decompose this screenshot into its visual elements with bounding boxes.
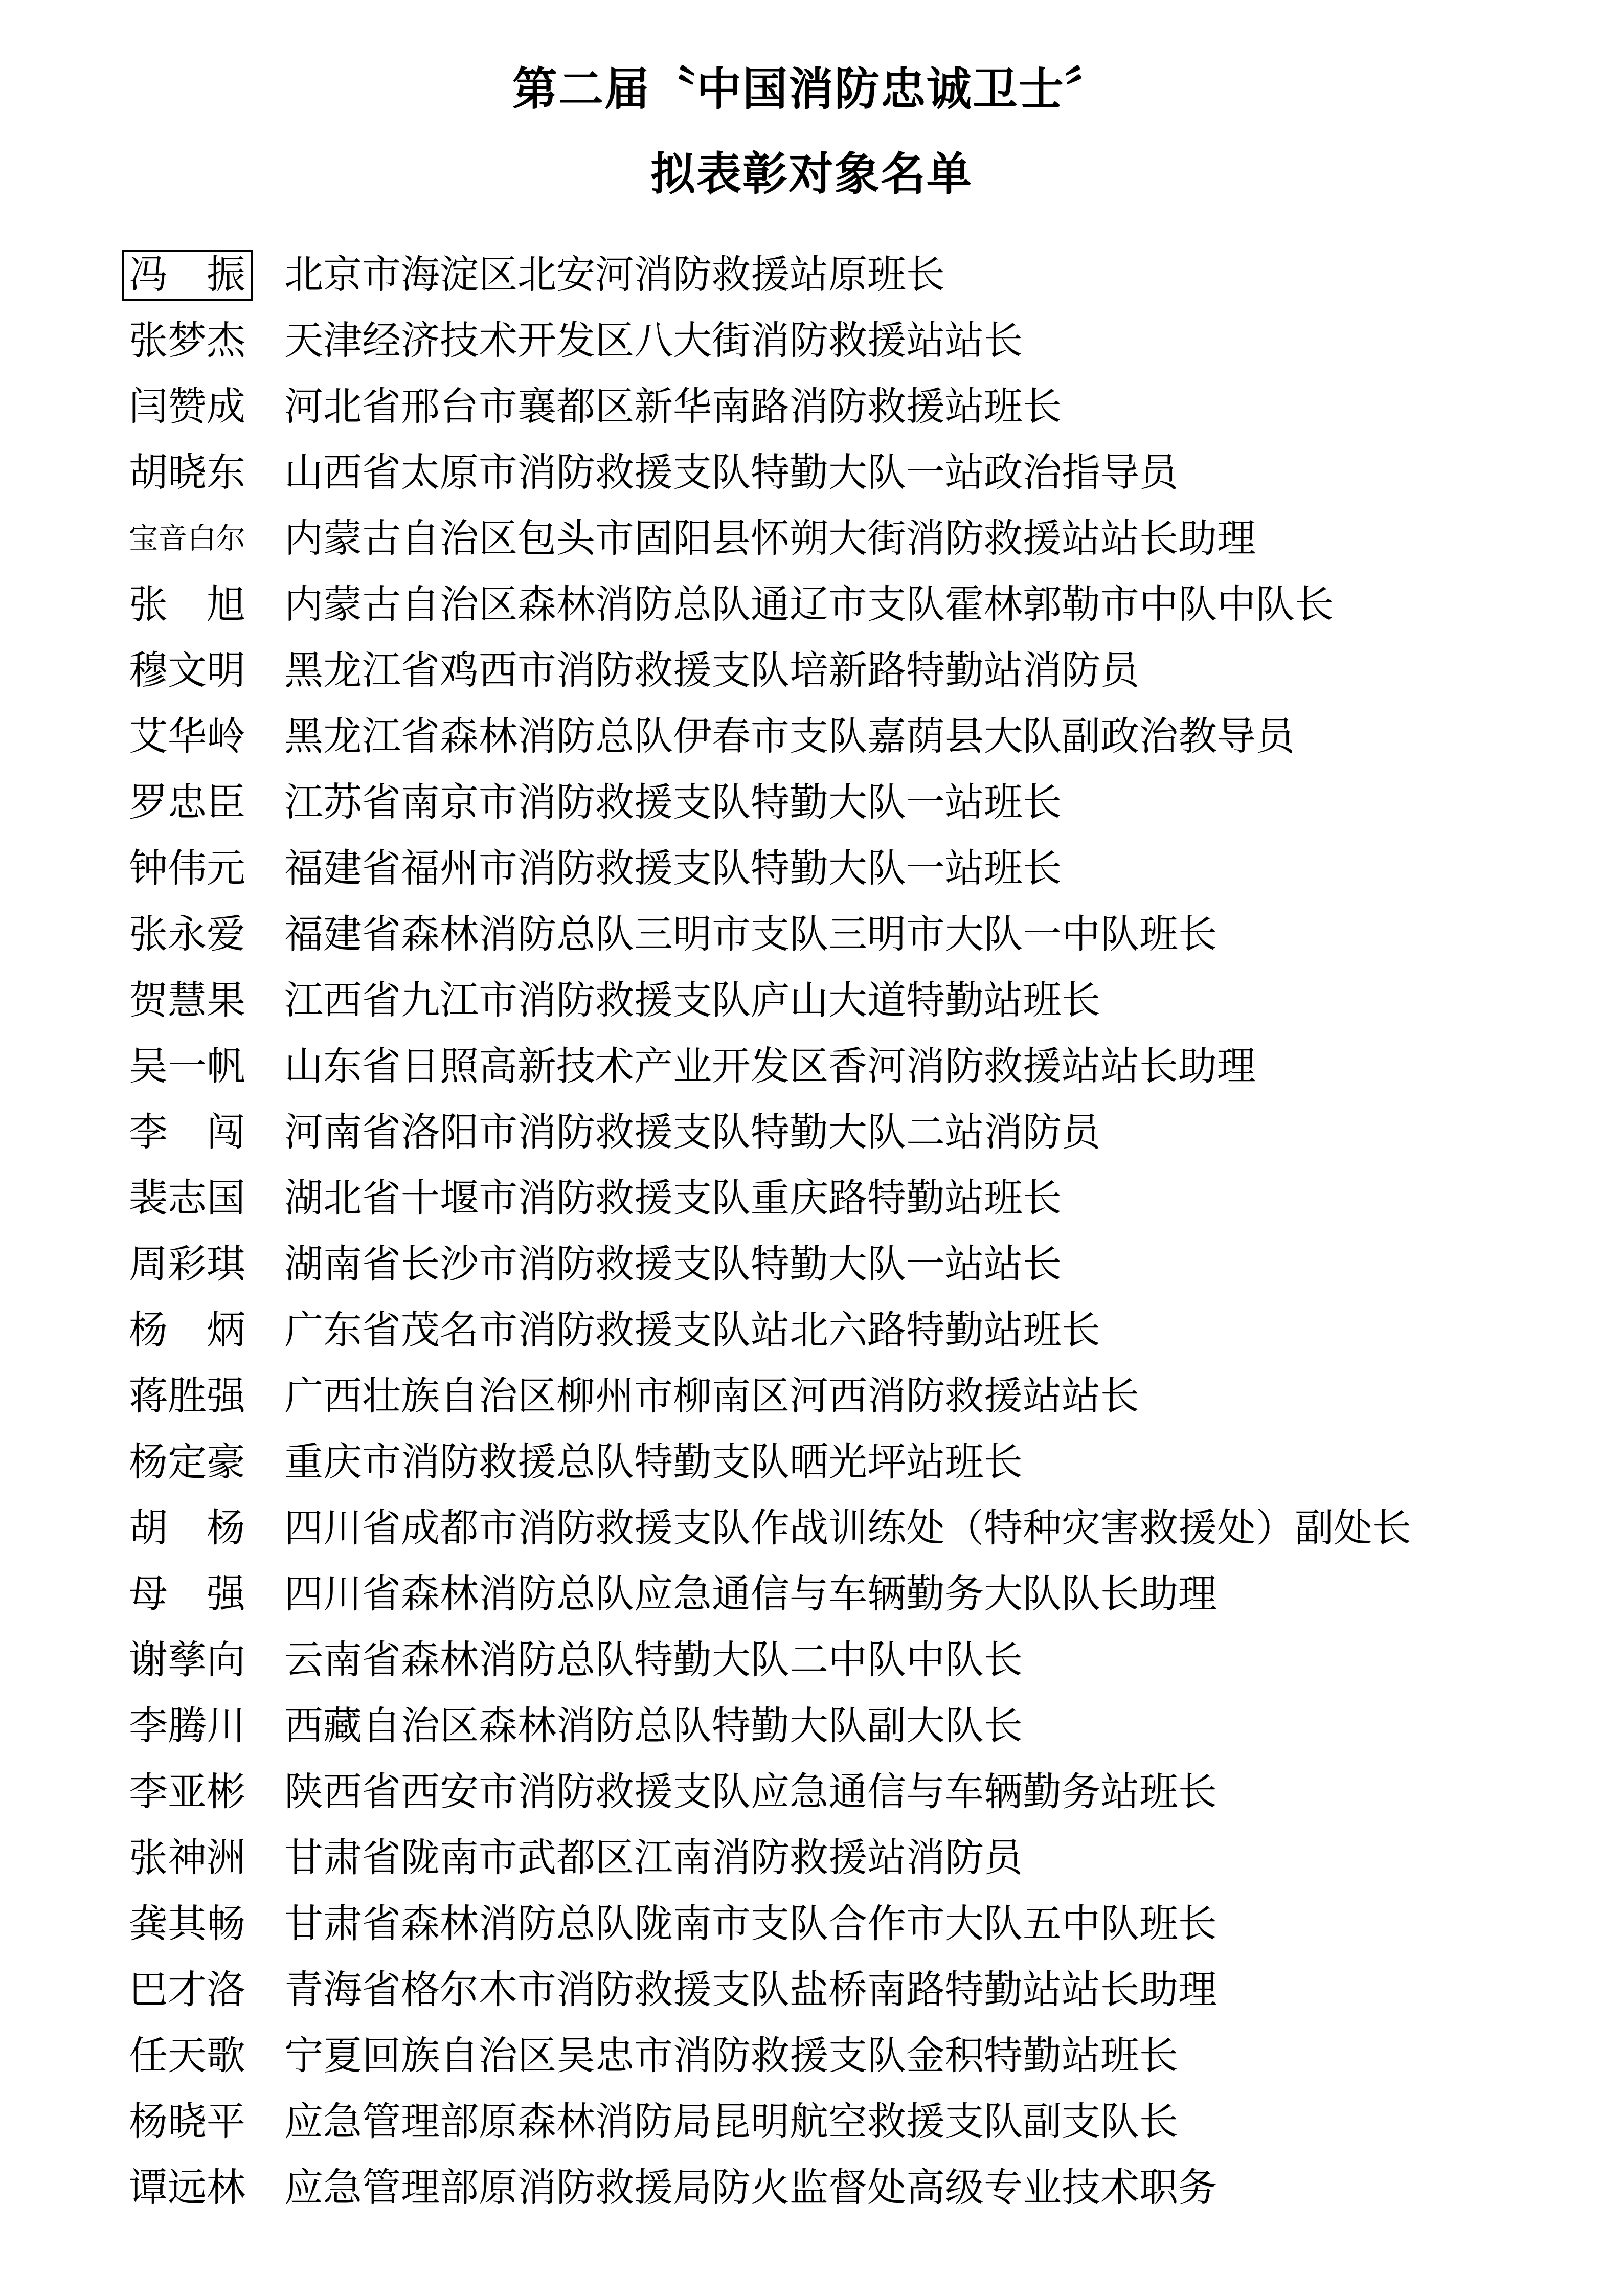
honoree-name: 冯振 xyxy=(129,254,245,297)
honoree-name: 杨炳 xyxy=(129,1310,245,1353)
honoree-name-box: 谭远林 xyxy=(122,2163,253,2214)
honoree-name-box: 罗忠臣 xyxy=(122,778,253,829)
honoree-name-box: 闫赞成 xyxy=(122,382,253,433)
list-row: 胡晓东 山西省太原市消防救援支队特勤大队一站政治指导员 xyxy=(122,440,1623,506)
honoree-name: 裴志国 xyxy=(129,1178,245,1221)
list-row: 穆文明 黑龙江省鸡西市消防救援支队培新路特勤站消防员 xyxy=(122,638,1623,704)
list-row: 张神洲 甘肃省陇南市武都区江南消防救援站消防员 xyxy=(122,1826,1623,1892)
honoree-name: 谢孳向 xyxy=(129,1639,245,1682)
honoree-name: 胡晓东 xyxy=(129,452,245,495)
honoree-name-box: 周彩琪 xyxy=(122,1240,253,1291)
honoree-name-box: 龚其畅 xyxy=(122,1899,253,1950)
list-row: 李腾川 西藏自治区森林消防总队特勤大队副大队长 xyxy=(122,1694,1623,1760)
honoree-name-box: 贺慧果 xyxy=(122,976,253,1027)
honoree-position: 江西省九江市消防救援支队庐山大道特勤站班长 xyxy=(284,980,1100,1023)
honoree-name-box: 巴才洛 xyxy=(122,1965,253,2016)
honoree-name: 胡杨 xyxy=(129,1507,245,1550)
page-title-line1: 第二届〝中国消防忠诚卫士〞 xyxy=(0,0,1623,111)
honoree-position: 广东省茂名市消防救援支队站北六路特勤站班长 xyxy=(284,1310,1100,1353)
honoree-name-box: 张神洲 xyxy=(122,1833,253,1884)
honoree-name-box: 母强 xyxy=(122,1569,253,1620)
honoree-name-box: 张旭 xyxy=(122,580,253,631)
document-page: 第二届〝中国消防忠诚卫士〞 拟表彰对象名单 冯振 北京市海淀区北安河消防救援站原… xyxy=(0,0,1623,2296)
honoree-position: 内蒙古自治区包头市固阳县怀朔大街消防救援站站长助理 xyxy=(284,518,1256,561)
honoree-position: 湖北省十堰市消防救援支队重庆路特勤站班长 xyxy=(284,1178,1062,1221)
honoree-name: 任天歌 xyxy=(129,2035,245,2078)
honoree-name: 李闯 xyxy=(129,1112,245,1155)
honoree-position: 福建省福州市消防救援支队特勤大队一站班长 xyxy=(284,848,1062,891)
honoree-name: 穆文明 xyxy=(129,650,245,693)
list-row: 闫赞成 河北省邢台市襄都区新华南路消防救援站班长 xyxy=(122,374,1623,440)
honoree-name: 谭远林 xyxy=(129,2167,245,2210)
honoree-position: 河南省洛阳市消防救援支队特勤大队二站消防员 xyxy=(284,1112,1100,1155)
honoree-name: 张旭 xyxy=(129,584,245,627)
honoree-name-box: 蒋胜强 xyxy=(122,1371,253,1423)
honoree-name-box: 吴一帆 xyxy=(122,1042,253,1093)
honoree-name: 闫赞成 xyxy=(129,386,245,429)
honoree-list: 冯振 北京市海淀区北安河消防救援站原班长 张梦杰 天津经济技术开发区八大街消防救… xyxy=(0,242,1623,2221)
list-row: 李亚彬 陕西省西安市消防救援支队应急通信与车辆勤务站班长 xyxy=(122,1760,1623,1826)
honoree-name: 罗忠臣 xyxy=(129,782,245,825)
honoree-position: 宁夏回族自治区吴忠市消防救援支队金积特勤站班长 xyxy=(284,2035,1178,2078)
list-row: 艾华岭 黑龙江省森林消防总队伊春市支队嘉荫县大队副政治教导员 xyxy=(122,704,1623,770)
honoree-position: 内蒙古自治区森林消防总队通辽市支队霍林郭勒市中队中队长 xyxy=(284,584,1334,627)
honoree-name: 贺慧果 xyxy=(129,980,245,1023)
honoree-position: 甘肃省森林消防总队陇南市支队合作市大队五中队班长 xyxy=(284,1903,1217,1946)
list-row: 巴才洛 青海省格尔木市消防救援支队盐桥南路特勤站站长助理 xyxy=(122,1957,1623,2023)
honoree-position: 青海省格尔木市消防救援支队盐桥南路特勤站站长助理 xyxy=(284,1969,1217,2012)
list-row: 钟伟元 福建省福州市消防救援支队特勤大队一站班长 xyxy=(122,836,1623,902)
honoree-position: 江苏省南京市消防救援支队特勤大队一站班长 xyxy=(284,782,1062,825)
honoree-name-box: 杨炳 xyxy=(122,1305,253,1357)
honoree-name: 张神洲 xyxy=(129,1837,245,1880)
honoree-name-box: 宝音白尔 xyxy=(122,519,253,559)
honoree-position: 四川省森林消防总队应急通信与车辆勤务大队队长助理 xyxy=(284,1573,1217,1616)
list-row: 胡杨 四川省成都市消防救援支队作战训练处（特种灾害救援处）副处长 xyxy=(122,1496,1623,1562)
honoree-name: 母强 xyxy=(129,1573,245,1616)
honoree-position: 广西壮族自治区柳州市柳南区河西消防救援站站长 xyxy=(284,1376,1139,1419)
list-row: 杨炳 广东省茂名市消防救援支队站北六路特勤站班长 xyxy=(122,1298,1623,1364)
honoree-name: 李腾川 xyxy=(129,1705,245,1748)
honoree-name-box: 张梦杰 xyxy=(122,316,253,367)
honoree-position: 山东省日照高新技术产业开发区香河消防救援站站长助理 xyxy=(284,1046,1256,1089)
honoree-position: 陕西省西安市消防救援支队应急通信与车辆勤务站班长 xyxy=(284,1771,1217,1814)
list-row: 贺慧果 江西省九江市消防救援支队庐山大道特勤站班长 xyxy=(122,968,1623,1034)
honoree-name-box: 钟伟元 xyxy=(122,844,253,895)
list-row: 蒋胜强 广西壮族自治区柳州市柳南区河西消防救援站站长 xyxy=(122,1364,1623,1430)
honoree-position: 黑龙江省森林消防总队伊春市支队嘉荫县大队副政治教导员 xyxy=(284,716,1295,759)
honoree-position: 应急管理部原消防救援局防火监督处高级专业技术职务 xyxy=(284,2167,1217,2210)
honoree-name: 吴一帆 xyxy=(129,1046,245,1089)
honoree-name-box: 李腾川 xyxy=(122,1701,253,1752)
honoree-name-box: 胡晓东 xyxy=(122,448,253,499)
honoree-name-box: 冯振 xyxy=(122,250,253,301)
list-row: 罗忠臣 江苏省南京市消防救援支队特勤大队一站班长 xyxy=(122,770,1623,836)
honoree-name-box: 任天歌 xyxy=(122,2031,253,2082)
list-row: 任天歌 宁夏回族自治区吴忠市消防救援支队金积特勤站班长 xyxy=(122,2023,1623,2089)
page-title-line2: 拟表彰对象名单 xyxy=(0,151,1623,196)
honoree-name-box: 李闯 xyxy=(122,1108,253,1159)
honoree-name: 艾华岭 xyxy=(129,716,245,759)
list-row: 裴志国 湖北省十堰市消防救援支队重庆路特勤站班长 xyxy=(122,1166,1623,1232)
honoree-position: 西藏自治区森林消防总队特勤大队副大队长 xyxy=(284,1705,1023,1748)
honoree-name-box: 穆文明 xyxy=(122,646,253,697)
list-row: 冯振 北京市海淀区北安河消防救援站原班长 xyxy=(122,242,1623,308)
list-row: 杨晓平 应急管理部原森林消防局昆明航空救援支队副支队长 xyxy=(122,2089,1623,2155)
honoree-name: 周彩琪 xyxy=(129,1244,245,1287)
list-row: 周彩琪 湖南省长沙市消防救援支队特勤大队一站站长 xyxy=(122,1232,1623,1298)
honoree-position: 四川省成都市消防救援支队作战训练处（特种灾害救援处）副处长 xyxy=(284,1507,1411,1550)
honoree-name-box: 张永爱 xyxy=(122,910,253,961)
honoree-position: 黑龙江省鸡西市消防救援支队培新路特勤站消防员 xyxy=(284,650,1139,693)
honoree-name: 杨定豪 xyxy=(129,1442,245,1484)
honoree-name-box: 胡杨 xyxy=(122,1503,253,1555)
list-row: 张旭 内蒙古自治区森林消防总队通辽市支队霍林郭勒市中队中队长 xyxy=(122,572,1623,638)
list-row: 谭远林 应急管理部原消防救援局防火监督处高级专业技术职务 xyxy=(122,2155,1623,2221)
honoree-position: 北京市海淀区北安河消防救援站原班长 xyxy=(284,254,945,297)
list-row: 宝音白尔 内蒙古自治区包头市固阳县怀朔大街消防救援站站长助理 xyxy=(122,506,1623,572)
honoree-name-box: 裴志国 xyxy=(122,1174,253,1225)
list-row: 杨定豪 重庆市消防救援总队特勤支队晒光坪站班长 xyxy=(122,1430,1623,1496)
list-row: 李闯 河南省洛阳市消防救援支队特勤大队二站消防员 xyxy=(122,1100,1623,1166)
honoree-position: 福建省森林消防总队三明市支队三明市大队一中队班长 xyxy=(284,914,1217,957)
honoree-name-box: 艾华岭 xyxy=(122,712,253,763)
honoree-name: 张永爱 xyxy=(129,914,245,957)
honoree-name: 杨晓平 xyxy=(129,2101,245,2144)
honoree-position: 应急管理部原森林消防局昆明航空救援支队副支队长 xyxy=(284,2101,1178,2144)
honoree-position: 天津经济技术开发区八大街消防救援站站长 xyxy=(284,320,1023,363)
honoree-name: 龚其畅 xyxy=(129,1903,245,1946)
honoree-position: 云南省森林消防总队特勤大队二中队中队长 xyxy=(284,1639,1023,1682)
honoree-position: 重庆市消防救援总队特勤支队晒光坪站班长 xyxy=(284,1442,1023,1484)
honoree-name-box: 李亚彬 xyxy=(122,1767,253,1818)
honoree-name-box: 杨晓平 xyxy=(122,2097,253,2148)
honoree-position: 山西省太原市消防救援支队特勤大队一站政治指导员 xyxy=(284,452,1178,495)
list-row: 张永爱 福建省森林消防总队三明市支队三明市大队一中队班长 xyxy=(122,902,1623,968)
list-row: 张梦杰 天津经济技术开发区八大街消防救援站站长 xyxy=(122,308,1623,374)
list-row: 吴一帆 山东省日照高新技术产业开发区香河消防救援站站长助理 xyxy=(122,1034,1623,1100)
honoree-position: 湖南省长沙市消防救援支队特勤大队一站站长 xyxy=(284,1244,1062,1287)
honoree-name-box: 谢孳向 xyxy=(122,1635,253,1686)
honoree-position: 河北省邢台市襄都区新华南路消防救援站班长 xyxy=(284,386,1062,429)
honoree-name: 李亚彬 xyxy=(129,1771,245,1814)
honoree-name: 张梦杰 xyxy=(129,320,245,363)
honoree-name: 钟伟元 xyxy=(129,848,245,891)
honoree-name-box: 杨定豪 xyxy=(122,1437,253,1489)
honoree-position: 甘肃省陇南市武都区江南消防救援站消防员 xyxy=(284,1837,1023,1880)
honoree-name: 宝音白尔 xyxy=(129,523,245,555)
list-row: 母强 四川省森林消防总队应急通信与车辆勤务大队队长助理 xyxy=(122,1562,1623,1628)
honoree-name: 蒋胜强 xyxy=(129,1376,245,1419)
list-row: 龚其畅 甘肃省森林消防总队陇南市支队合作市大队五中队班长 xyxy=(122,1892,1623,1957)
honoree-name: 巴才洛 xyxy=(129,1969,245,2012)
list-row: 谢孳向 云南省森林消防总队特勤大队二中队中队长 xyxy=(122,1628,1623,1694)
